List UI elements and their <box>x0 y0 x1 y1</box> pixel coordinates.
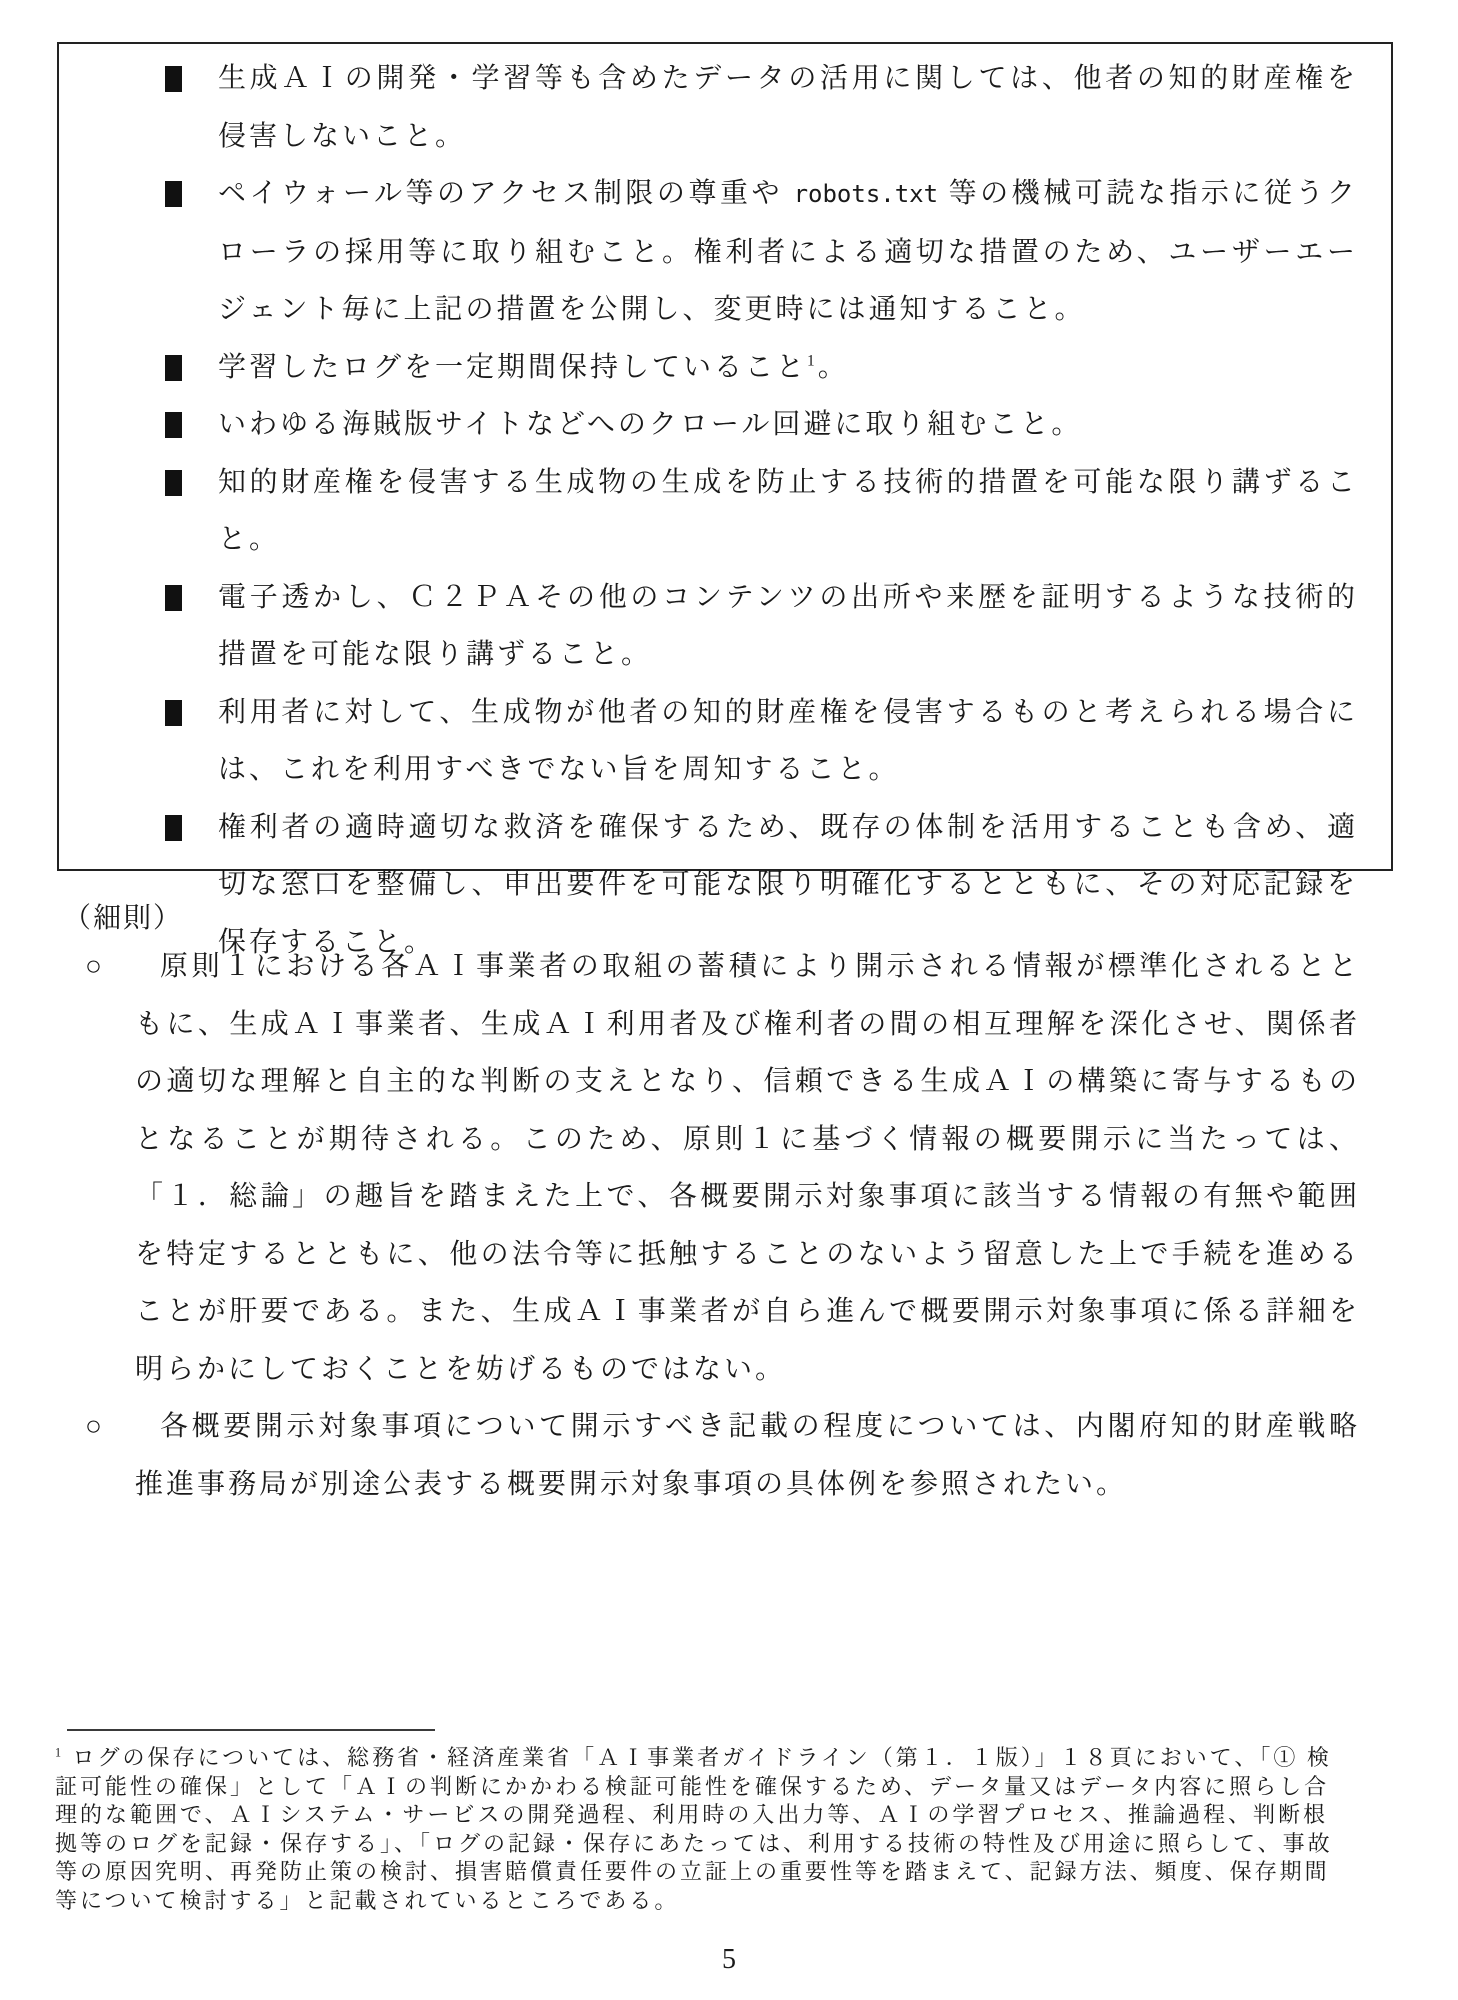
footnote: 1 ログの保存については、総務省・経済産業省「ＡＩ事業者ガイドライン（第１．１版… <box>55 1744 1415 1915</box>
square-bullet-icon <box>165 470 182 496</box>
requirement-text: 電子透かし、Ｃ２ＰＡその他のコンテンツの出所や来歴を証明するような技術的措置を可… <box>218 569 1358 684</box>
requirement-text-run: 知的財産権を侵害する生成物の生成を防止する技術的措置を可能な限り講ずること。 <box>218 467 1358 556</box>
rule-text: 各概要開示対象事項について開示すべき記載の程度については、内閣府知的財産戦略推進… <box>135 1398 1360 1513</box>
rules-section: ○ 原則１における各ＡＩ事業者の取組の蓄積により開示される情報が標準化されるとと… <box>0 938 1458 1513</box>
square-bullet-icon <box>165 181 182 207</box>
requirement-item: ペイウォール等のアクセス制限の尊重や robots.txt 等の機械可読な指示に… <box>59 165 1391 339</box>
footnote-line: 等の原因究明、再発防止策の検討、損害賠償責任要件の立証上の重要性等を踏まえて、記… <box>55 1858 1415 1887</box>
page-number: 5 <box>0 1944 1458 1976</box>
requirement-item: 生成ＡＩの開発・学習等も含めたデータの活用に関しては、他者の知的財産権を侵害しな… <box>59 50 1391 165</box>
circle-bullet-icon: ○ <box>85 938 102 996</box>
requirements-box: 生成ＡＩの開発・学習等も含めたデータの活用に関しては、他者の知的財産権を侵害しな… <box>57 42 1393 871</box>
document-page: 生成ＡＩの開発・学習等も含めたデータの活用に関しては、他者の知的財産権を侵害しな… <box>0 0 1458 2000</box>
footnote-line: 1 ログの保存については、総務省・経済産業省「ＡＩ事業者ガイドライン（第１．１版… <box>55 1744 1415 1773</box>
requirement-text: いわゆる海賊版サイトなどへのクロール回避に取り組むこと。 <box>218 396 1358 454</box>
footnote-separator <box>67 1729 435 1731</box>
requirement-text: 利用者に対して、生成物が他者の知的財産権を侵害するものと考えられる場合には、これ… <box>218 684 1358 799</box>
requirement-text: 学習したログを一定期間保持していること1。 <box>218 339 1358 397</box>
circle-bullet-icon: ○ <box>85 1398 102 1456</box>
rule-item: ○ 原則１における各ＡＩ事業者の取組の蓄積により開示される情報が標準化されるとと… <box>0 938 1458 1398</box>
footnote-line: 証可能性の確保」として「ＡＩの判断にかかわる検証可能性を確保するため、データ量又… <box>55 1773 1415 1802</box>
requirement-item: 学習したログを一定期間保持していること1。 <box>59 339 1391 397</box>
requirement-text-run: 利用者に対して、生成物が他者の知的財産権を侵害するものと考えられる場合には、これ… <box>218 697 1358 786</box>
footnote-line: 理的な範囲で、ＡＩシステム・サービスの開発過程、利用時の入出力等、ＡＩの学習プロ… <box>55 1801 1415 1830</box>
requirement-text: 知的財産権を侵害する生成物の生成を防止する技術的措置を可能な限り講ずること。 <box>218 454 1358 569</box>
requirement-text-run: 電子透かし、Ｃ２ＰＡその他のコンテンツの出所や来歴を証明するような技術的措置を可… <box>218 582 1358 671</box>
square-bullet-icon <box>165 355 182 381</box>
requirement-item: 知的財産権を侵害する生成物の生成を防止する技術的措置を可能な限り講ずること。 <box>59 454 1391 569</box>
square-bullet-icon <box>165 412 182 438</box>
requirement-item: いわゆる海賊版サイトなどへのクロール回避に取り組むこと。 <box>59 396 1391 454</box>
requirement-text: ペイウォール等のアクセス制限の尊重や robots.txt 等の機械可読な指示に… <box>218 165 1358 339</box>
requirement-text-run: 。 <box>818 352 849 383</box>
square-bullet-icon <box>165 815 182 841</box>
square-bullet-icon <box>165 700 182 726</box>
footnote-ref-marker: 1 <box>807 352 818 369</box>
robots-txt-code: robots.txt <box>794 180 939 208</box>
requirement-text-run: 学習したログを一定期間保持していること <box>218 352 807 383</box>
rule-item: ○ 各概要開示対象事項について開示すべき記載の程度については、内閣府知的財産戦略… <box>0 1398 1458 1513</box>
requirement-text-run: いわゆる海賊版サイトなどへのクロール回避に取り組むこと。 <box>218 409 1082 440</box>
rule-text: 原則１における各ＡＩ事業者の取組の蓄積により開示される情報が標準化されるとともに… <box>135 938 1360 1398</box>
footnote-ref: 1 <box>55 1746 64 1760</box>
requirement-text: 生成ＡＩの開発・学習等も含めたデータの活用に関しては、他者の知的財産権を侵害しな… <box>218 50 1358 165</box>
square-bullet-icon <box>165 66 182 92</box>
footnote-line: 等について検討する」と記載されているところである。 <box>55 1887 1415 1916</box>
footnote-text-run: ログの保存については、総務省・経済産業省「ＡＩ事業者ガイドライン（第１．１版）」… <box>73 1745 1332 1770</box>
requirement-item: 利用者に対して、生成物が他者の知的財産権を侵害するものと考えられる場合には、これ… <box>59 684 1391 799</box>
requirement-text-run: ペイウォール等のアクセス制限の尊重や <box>218 178 794 209</box>
requirement-item: 電子透かし、Ｃ２ＰＡその他のコンテンツの出所や来歴を証明するような技術的措置を可… <box>59 569 1391 684</box>
rules-heading: （細則） <box>63 896 183 936</box>
requirement-text-run: 生成ＡＩの開発・学習等も含めたデータの活用に関しては、他者の知的財産権を侵害しな… <box>218 63 1358 152</box>
square-bullet-icon <box>165 585 182 611</box>
requirement-text-run: 権利者の適時適切な救済を確保するため、既存の体制を活用することも含め、適切な窓口… <box>218 812 1358 958</box>
footnote-line: 拠等のログを記録・保存する」、「ログの記録・保存にあたっては、利用する技術の特性… <box>55 1830 1415 1859</box>
